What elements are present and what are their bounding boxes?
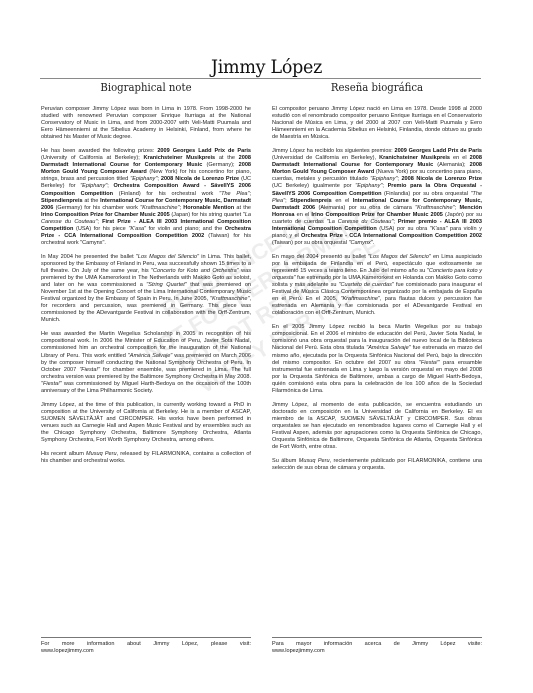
text-run: en el <box>332 198 353 204</box>
english-paragraph-album: His recent album Musuq Peru, released by… <box>41 451 251 465</box>
text-run: at the <box>83 198 100 204</box>
italic-run: "Fiesta!" <box>419 360 440 366</box>
italic-run: "Epiphany" <box>80 183 107 189</box>
spanish-paragraph-prizes: Jimmy López ha recibido los siguientes p… <box>272 148 482 247</box>
text-run: (Germany) for his chamber work <box>53 205 140 211</box>
italic-run: "América Salvaje" <box>128 353 172 359</box>
italic-run: "Los Magos del Silencio" <box>368 254 431 260</box>
spanish-heading: Reseña biográfica <box>280 80 473 96</box>
bold-run: 2009 Georges Ladd Prix de Paris <box>395 148 483 154</box>
text-run: (University of California at Berkeley); <box>41 155 144 161</box>
italic-run: "K'asa" <box>430 226 448 232</box>
bold-run: Horonable Mention <box>183 205 234 211</box>
spanish-footer: Para mayor información acerca de Jimmy L… <box>272 637 482 655</box>
text-run: He has been awarded the following prizes… <box>41 148 157 154</box>
text-run: at the <box>234 205 251 211</box>
english-column: Biographical note Peruvian composer Jimm… <box>41 80 251 472</box>
text-run: . <box>373 240 375 246</box>
italic-run: "Cuarteto de cuerdas" <box>339 282 394 288</box>
english-paragraph-prizes: He has been awarded the following prizes… <box>41 148 251 247</box>
text-run: (Taiwan) por su obra orquestal <box>272 240 348 246</box>
bold-run: Kranichsteiner Musikpreis <box>379 155 450 161</box>
spanish-footer-text: Para mayor información acerca de Jimmy L… <box>272 641 482 648</box>
text-run: (UC Berkeley) igualmente por <box>272 183 355 189</box>
italic-run: "The Plea" <box>219 191 249 197</box>
spanish-paragraph-scholarship: En el 2005 Jimmy López recibió la beca M… <box>272 324 482 394</box>
text-run: at the <box>215 155 239 161</box>
bold-run: Kranichsteiner Musikpreis <box>144 155 216 161</box>
english-paragraph-scholarship: He was awarded the Martin Wegelius Schol… <box>41 331 251 394</box>
bold-run: Orchestra Prize - CCA International Comp… <box>301 233 482 239</box>
bold-run: 2008 Nicola de Lorenzo Prize <box>161 176 239 182</box>
italic-run: "Fiesta!" <box>41 381 62 387</box>
english-footer-divider <box>41 637 251 638</box>
text-run: ; <box>249 191 251 197</box>
italic-run: "Epiphany" <box>355 183 382 189</box>
text-run: En mayo del 2004 presentó su ballet <box>272 254 368 260</box>
title-divider <box>40 78 481 79</box>
english-paragraph-1: Peruvian composer Jimmy López was born i… <box>41 106 251 141</box>
text-run: (Alemania) por su obra de cámara <box>315 205 415 211</box>
italic-run: "String Quartet" <box>146 282 186 288</box>
text-run: en el <box>295 212 312 218</box>
text-run: (Japan) for his string quartet <box>170 212 243 218</box>
bold-run: 2008 Nicola de Lorenzo Prize <box>401 176 482 182</box>
text-run: (Germany); <box>202 162 238 168</box>
text-run: Su álbum <box>272 458 299 464</box>
bold-run: Irino Composition Prize for Chamber Musi… <box>41 212 170 218</box>
page-title: Jimmy López <box>21 56 511 78</box>
italic-run: "Camynx" <box>348 240 372 246</box>
text-run: (USA) for his piece <box>73 226 128 232</box>
spanish-website-link[interactable]: www.lopezjimmy.com <box>272 648 482 655</box>
spanish-column: Reseña biográfica El compositor peruano … <box>272 80 482 479</box>
italic-run: "Epiphany" <box>370 176 397 182</box>
italic-run: "Kraftmaschine" <box>415 205 454 211</box>
text-run: Jimmy López ha recibido los siguientes p… <box>272 148 395 154</box>
spanish-paragraph-phd: Jimmy López, al momento de esta publicac… <box>272 402 482 451</box>
spanish-paragraph-album: Su álbum Musuq Peru, recientemente publi… <box>272 458 482 472</box>
text-run: His recent album <box>41 451 86 457</box>
english-heading: Biographical note <box>49 80 242 96</box>
text-run: In May 2004 he presented the ballet <box>41 254 136 260</box>
english-paragraph-premieres: In May 2004 he presented the ballet "Los… <box>41 254 251 324</box>
italic-run: "Kraftmaschine" <box>140 205 179 211</box>
bold-run: 2009 Georges Ladd Prix de Paris <box>157 148 251 154</box>
text-run: (USA) por su obra <box>377 226 430 232</box>
text-run: was commissioned by Miguel Harth-Bedoya … <box>41 381 251 394</box>
italic-run: "Concerto for Koto and Orchestra" <box>151 268 239 274</box>
text-run: (Finlandia) por su obra orquestal <box>382 191 471 197</box>
italic-run: "K'asa" <box>128 226 146 232</box>
italic-run: Musuq Peru <box>299 458 330 464</box>
english-footer-text: For more information about Jimmy López, … <box>41 641 251 648</box>
english-website-link[interactable]: www.lopezjimmy.com <box>41 648 251 655</box>
italic-run: "Epiphany" <box>130 176 157 182</box>
italic-run: Musuq Peru <box>86 451 117 457</box>
english-paragraph-phd: Jimmy López, at the time of this publica… <box>41 402 251 444</box>
bold-run: Irino Composition Prize for Chamber Musi… <box>311 212 442 218</box>
italic-run: "América Salvaje" <box>366 345 410 351</box>
bold-run: Stipendienpreis <box>290 198 332 204</box>
italic-run: "Kraftmaschine" <box>210 296 249 302</box>
italic-run: "Kraftmaschine" <box>341 296 380 302</box>
text-run: (Finland) for his orchestral work <box>113 191 219 197</box>
english-footer: For more information about Jimmy López, … <box>41 637 251 655</box>
italic-run: "La Caresse du Couteau" <box>327 219 394 225</box>
italic-run: "Fiesta!" <box>79 367 100 373</box>
bold-run: Stipendienpreis <box>41 198 83 204</box>
spanish-paragraph-1: El compositor peruano Jimmy López nació … <box>272 106 482 141</box>
text-run: for violin and piano; and the <box>146 226 225 232</box>
text-run: (Alemania); <box>433 162 469 168</box>
text-run: (Universidad de California en Berkeley), <box>272 155 379 161</box>
spanish-footer-divider <box>272 637 482 638</box>
italic-run: "Los Magos del Silencio" <box>136 254 199 260</box>
document-page: Jimmy López Biographical note Peruvian c… <box>0 0 533 693</box>
text-run: en el <box>450 155 470 161</box>
spanish-paragraph-premieres: En mayo del 2004 presentó su ballet "Los… <box>272 254 482 317</box>
